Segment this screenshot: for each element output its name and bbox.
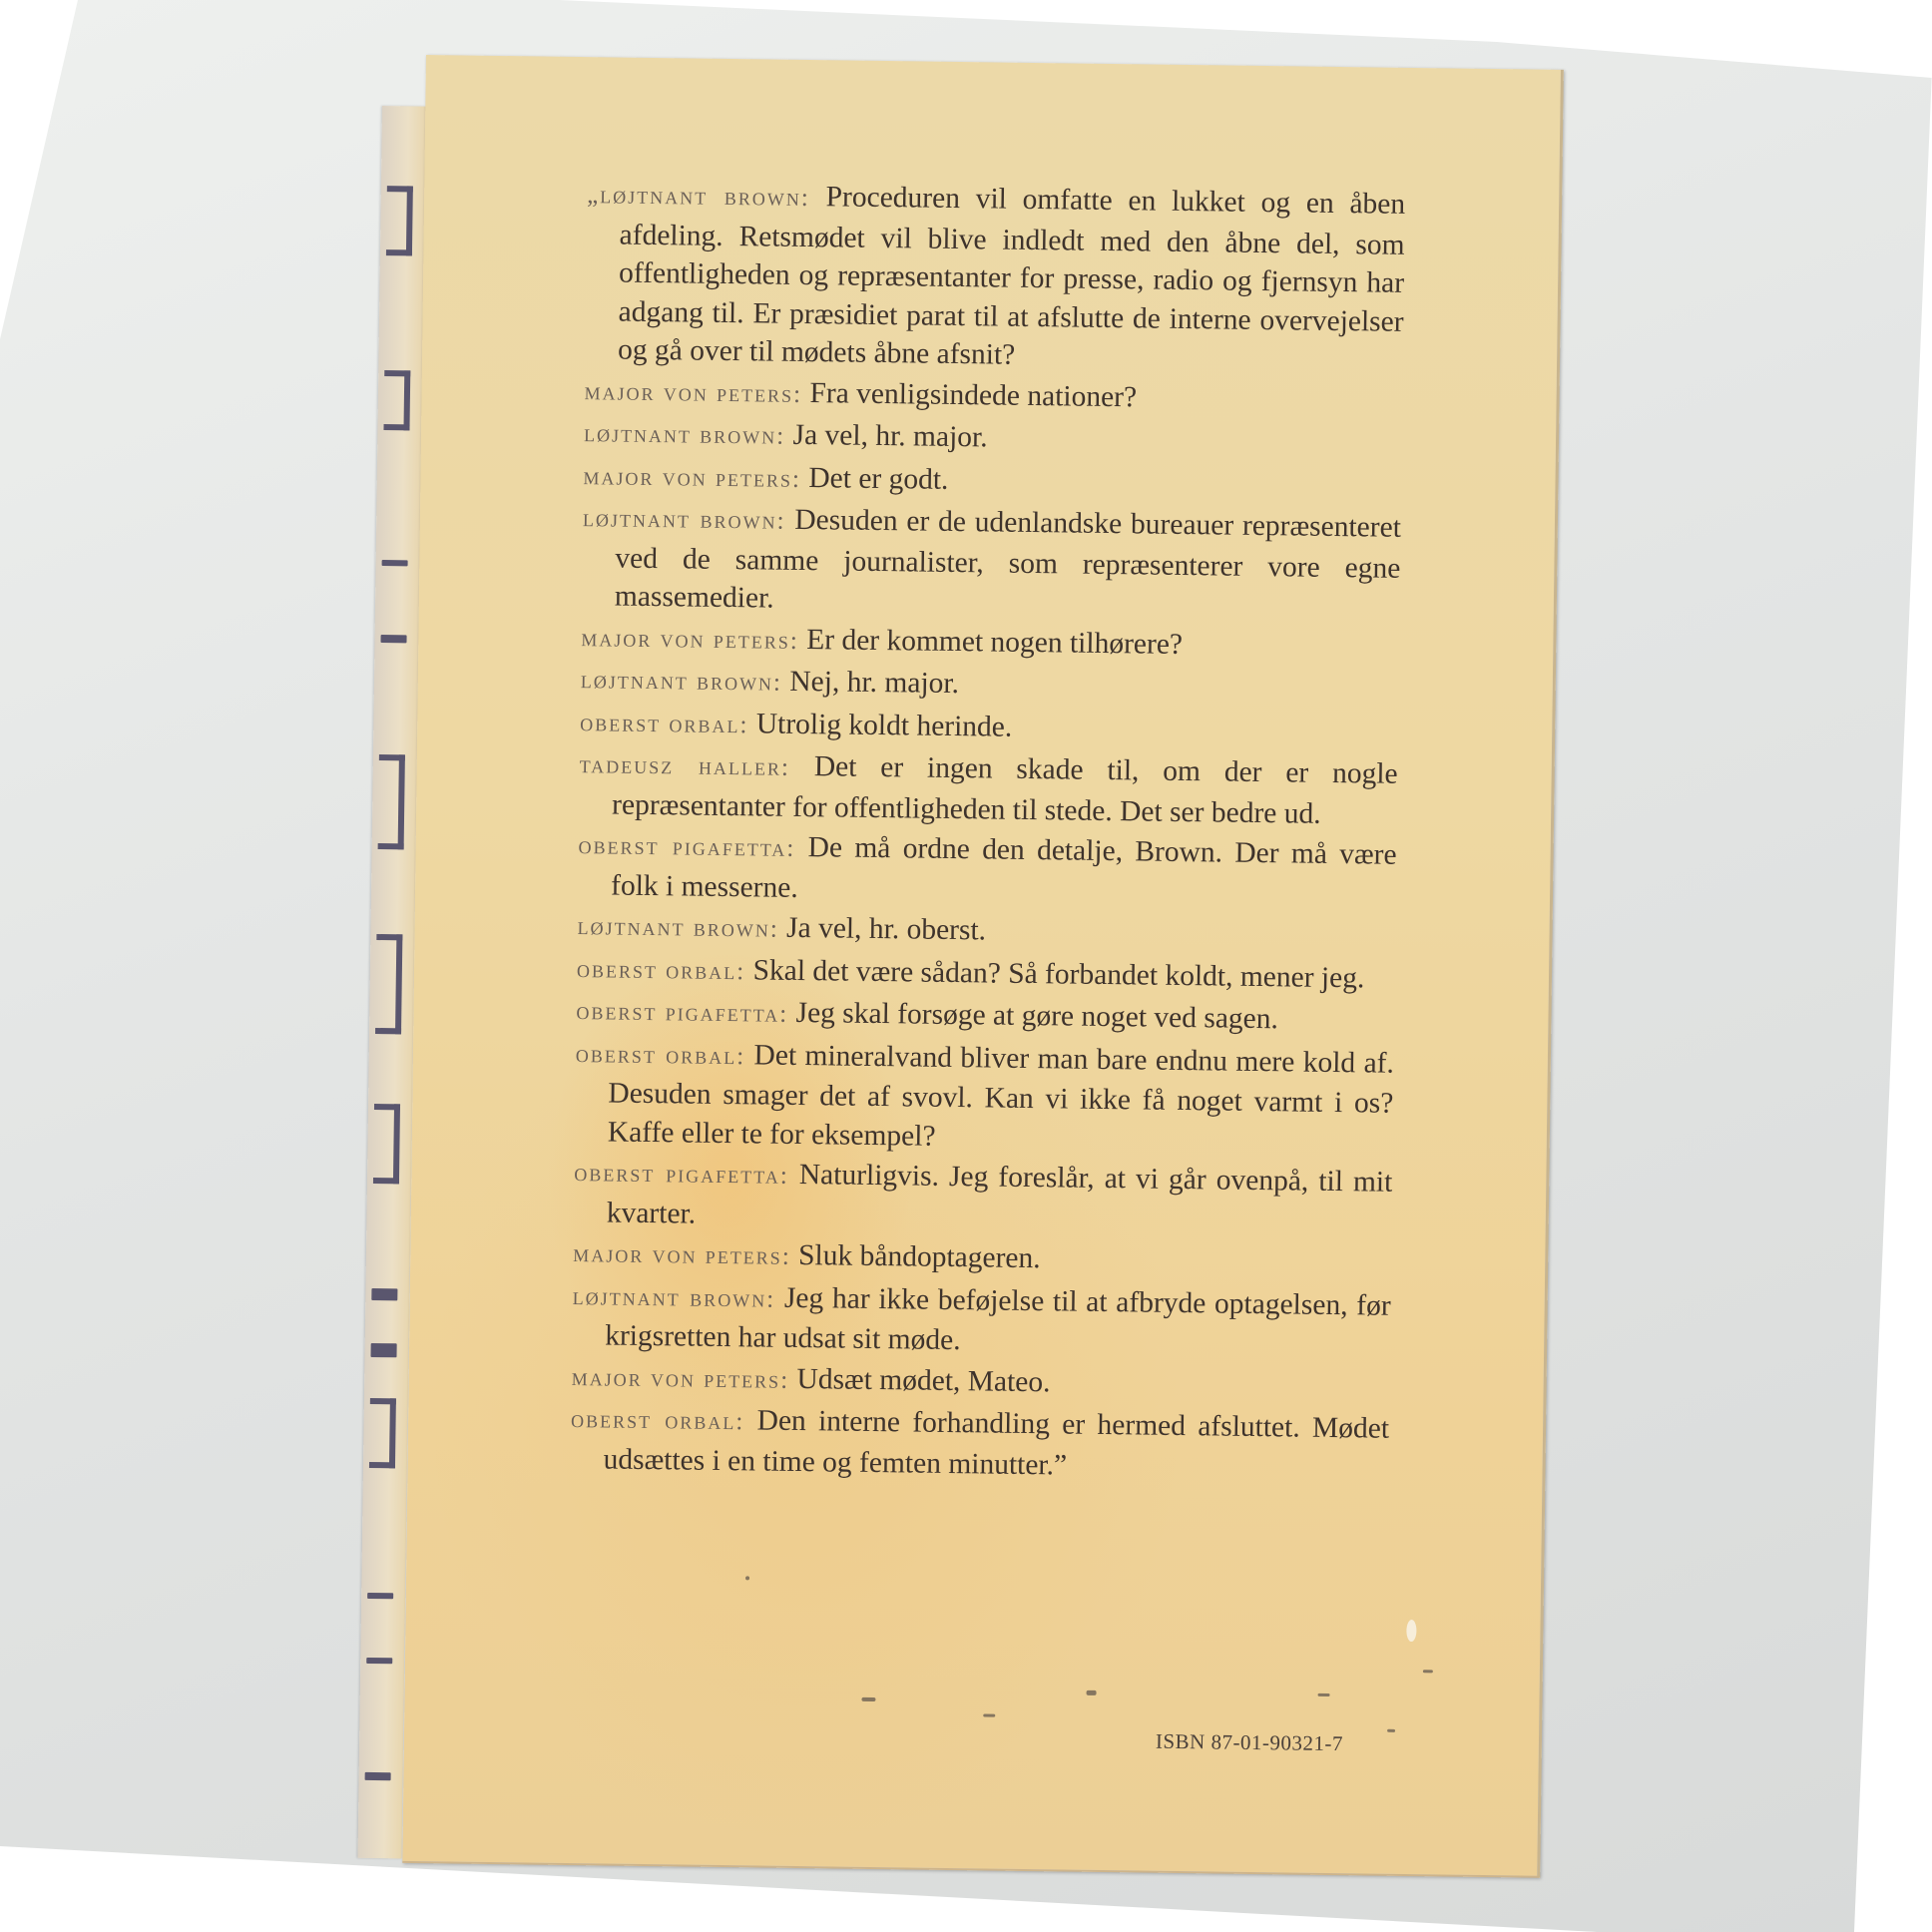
speaker-name: Oberst Pigafetta:: [574, 1160, 789, 1190]
dialogue-line: Løjtnant Brown: Desuden er de udenlandsk…: [582, 498, 1401, 626]
dialogue-line: Oberst Orbal: Det mineralvand bliver man…: [575, 1034, 1394, 1162]
speaker-name: Oberst Orbal:: [576, 1041, 746, 1070]
dialogue-line: Oberst Orbal: Den interne forhandling er…: [570, 1399, 1389, 1489]
line-text: Fra venligsindede nationer?: [809, 377, 1137, 413]
spine-decoration: [367, 1593, 393, 1599]
line-text: Det er godt.: [808, 462, 949, 496]
line-text: Utrolig koldt herinde.: [756, 708, 1013, 742]
speaker-name: Løjtnant Brown:: [581, 667, 783, 697]
speaker-name: Løjtnant Brown:: [583, 505, 786, 535]
speaker-name: Major von Peters:: [571, 1364, 789, 1394]
wear-mark: [1318, 1693, 1330, 1696]
line-text: Ja vel, hr. major.: [792, 419, 987, 454]
spine-decoration: [370, 1343, 396, 1357]
isbn-number: ISBN 87-01-90321-7: [1156, 1729, 1343, 1756]
speaker-name: Oberst Pigafetta:: [576, 998, 788, 1028]
dialogue-line: Løjtnant Brown: Jeg har ikke beføjelse t…: [572, 1276, 1391, 1366]
spine-decoration: [375, 934, 402, 1034]
spine-decoration: [373, 1104, 400, 1184]
dialogue-excerpt: „Løjtnant Brown: Proceduren vil omfatte …: [570, 175, 1405, 1491]
spine-decoration: [383, 370, 410, 430]
line-text: Ja vel, hr. oberst.: [786, 912, 986, 947]
speaker-name: Major von Peters:: [584, 378, 802, 408]
wear-mark: [1423, 1670, 1433, 1673]
line-text: Nej, hr. major.: [789, 666, 959, 700]
speaker-name: Major von Peters:: [573, 1240, 791, 1270]
dialogue-line: „Løjtnant Brown: Proceduren vil omfatte …: [585, 175, 1405, 379]
speaker-name: Oberst Orbal:: [571, 1406, 745, 1435]
wear-mark: [861, 1697, 875, 1701]
spine-decoration: [371, 1288, 397, 1300]
wear-mark: [1406, 1620, 1416, 1642]
line-text: Jeg skal forsøge at gøre noget ved sagen…: [795, 997, 1278, 1035]
wear-mark: [1387, 1729, 1395, 1732]
wear-mark: [983, 1713, 995, 1716]
speaker-name: Oberst Orbal:: [577, 956, 746, 985]
speaker-name: Major von Peters:: [583, 463, 801, 493]
spine-decoration: [369, 1398, 396, 1468]
spine-decoration: [366, 1658, 392, 1664]
speaker-name: Tadeusz Haller:: [580, 751, 791, 781]
line-text: Sluk båndoptageren.: [798, 1239, 1041, 1274]
line-text: Udsæt mødet, Mateo.: [796, 1362, 1050, 1397]
wear-mark: [1087, 1690, 1097, 1695]
dialogue-line: Oberst Pigafetta: Naturligvis. Jeg fores…: [574, 1153, 1393, 1242]
speaker-name: Major von Peters:: [581, 625, 799, 655]
dialogue-line: Tadeusz Haller: Det er ingen skade til, …: [579, 744, 1398, 834]
book-back-cover: „Løjtnant Brown: Proceduren vil omfatte …: [402, 55, 1564, 1878]
speaker-name: Løjtnant Brown:: [573, 1283, 776, 1313]
line-text: Skal det være sådan? Så forbandet koldt,…: [752, 954, 1364, 994]
dialogue-line: Oberst Pigafetta: De må ordne den detalj…: [578, 825, 1397, 915]
line-text: Er der kommet nogen tilhørere?: [806, 624, 1183, 661]
wear-mark: [745, 1576, 749, 1580]
speaker-name: Løjtnant Brown:: [584, 420, 786, 450]
speaker-name: Løjtnant Brown:: [577, 913, 779, 943]
spine-decoration: [382, 560, 408, 566]
speaker-name: Oberst Orbal:: [580, 710, 749, 738]
speaker-name: Oberst Pigafetta:: [578, 832, 795, 862]
spine-decoration: [365, 1772, 391, 1780]
spine-decoration: [386, 186, 413, 255]
speaker-name: „Løjtnant Brown:: [587, 182, 810, 212]
spine-decoration: [378, 754, 405, 849]
spine-decoration: [380, 635, 406, 643]
